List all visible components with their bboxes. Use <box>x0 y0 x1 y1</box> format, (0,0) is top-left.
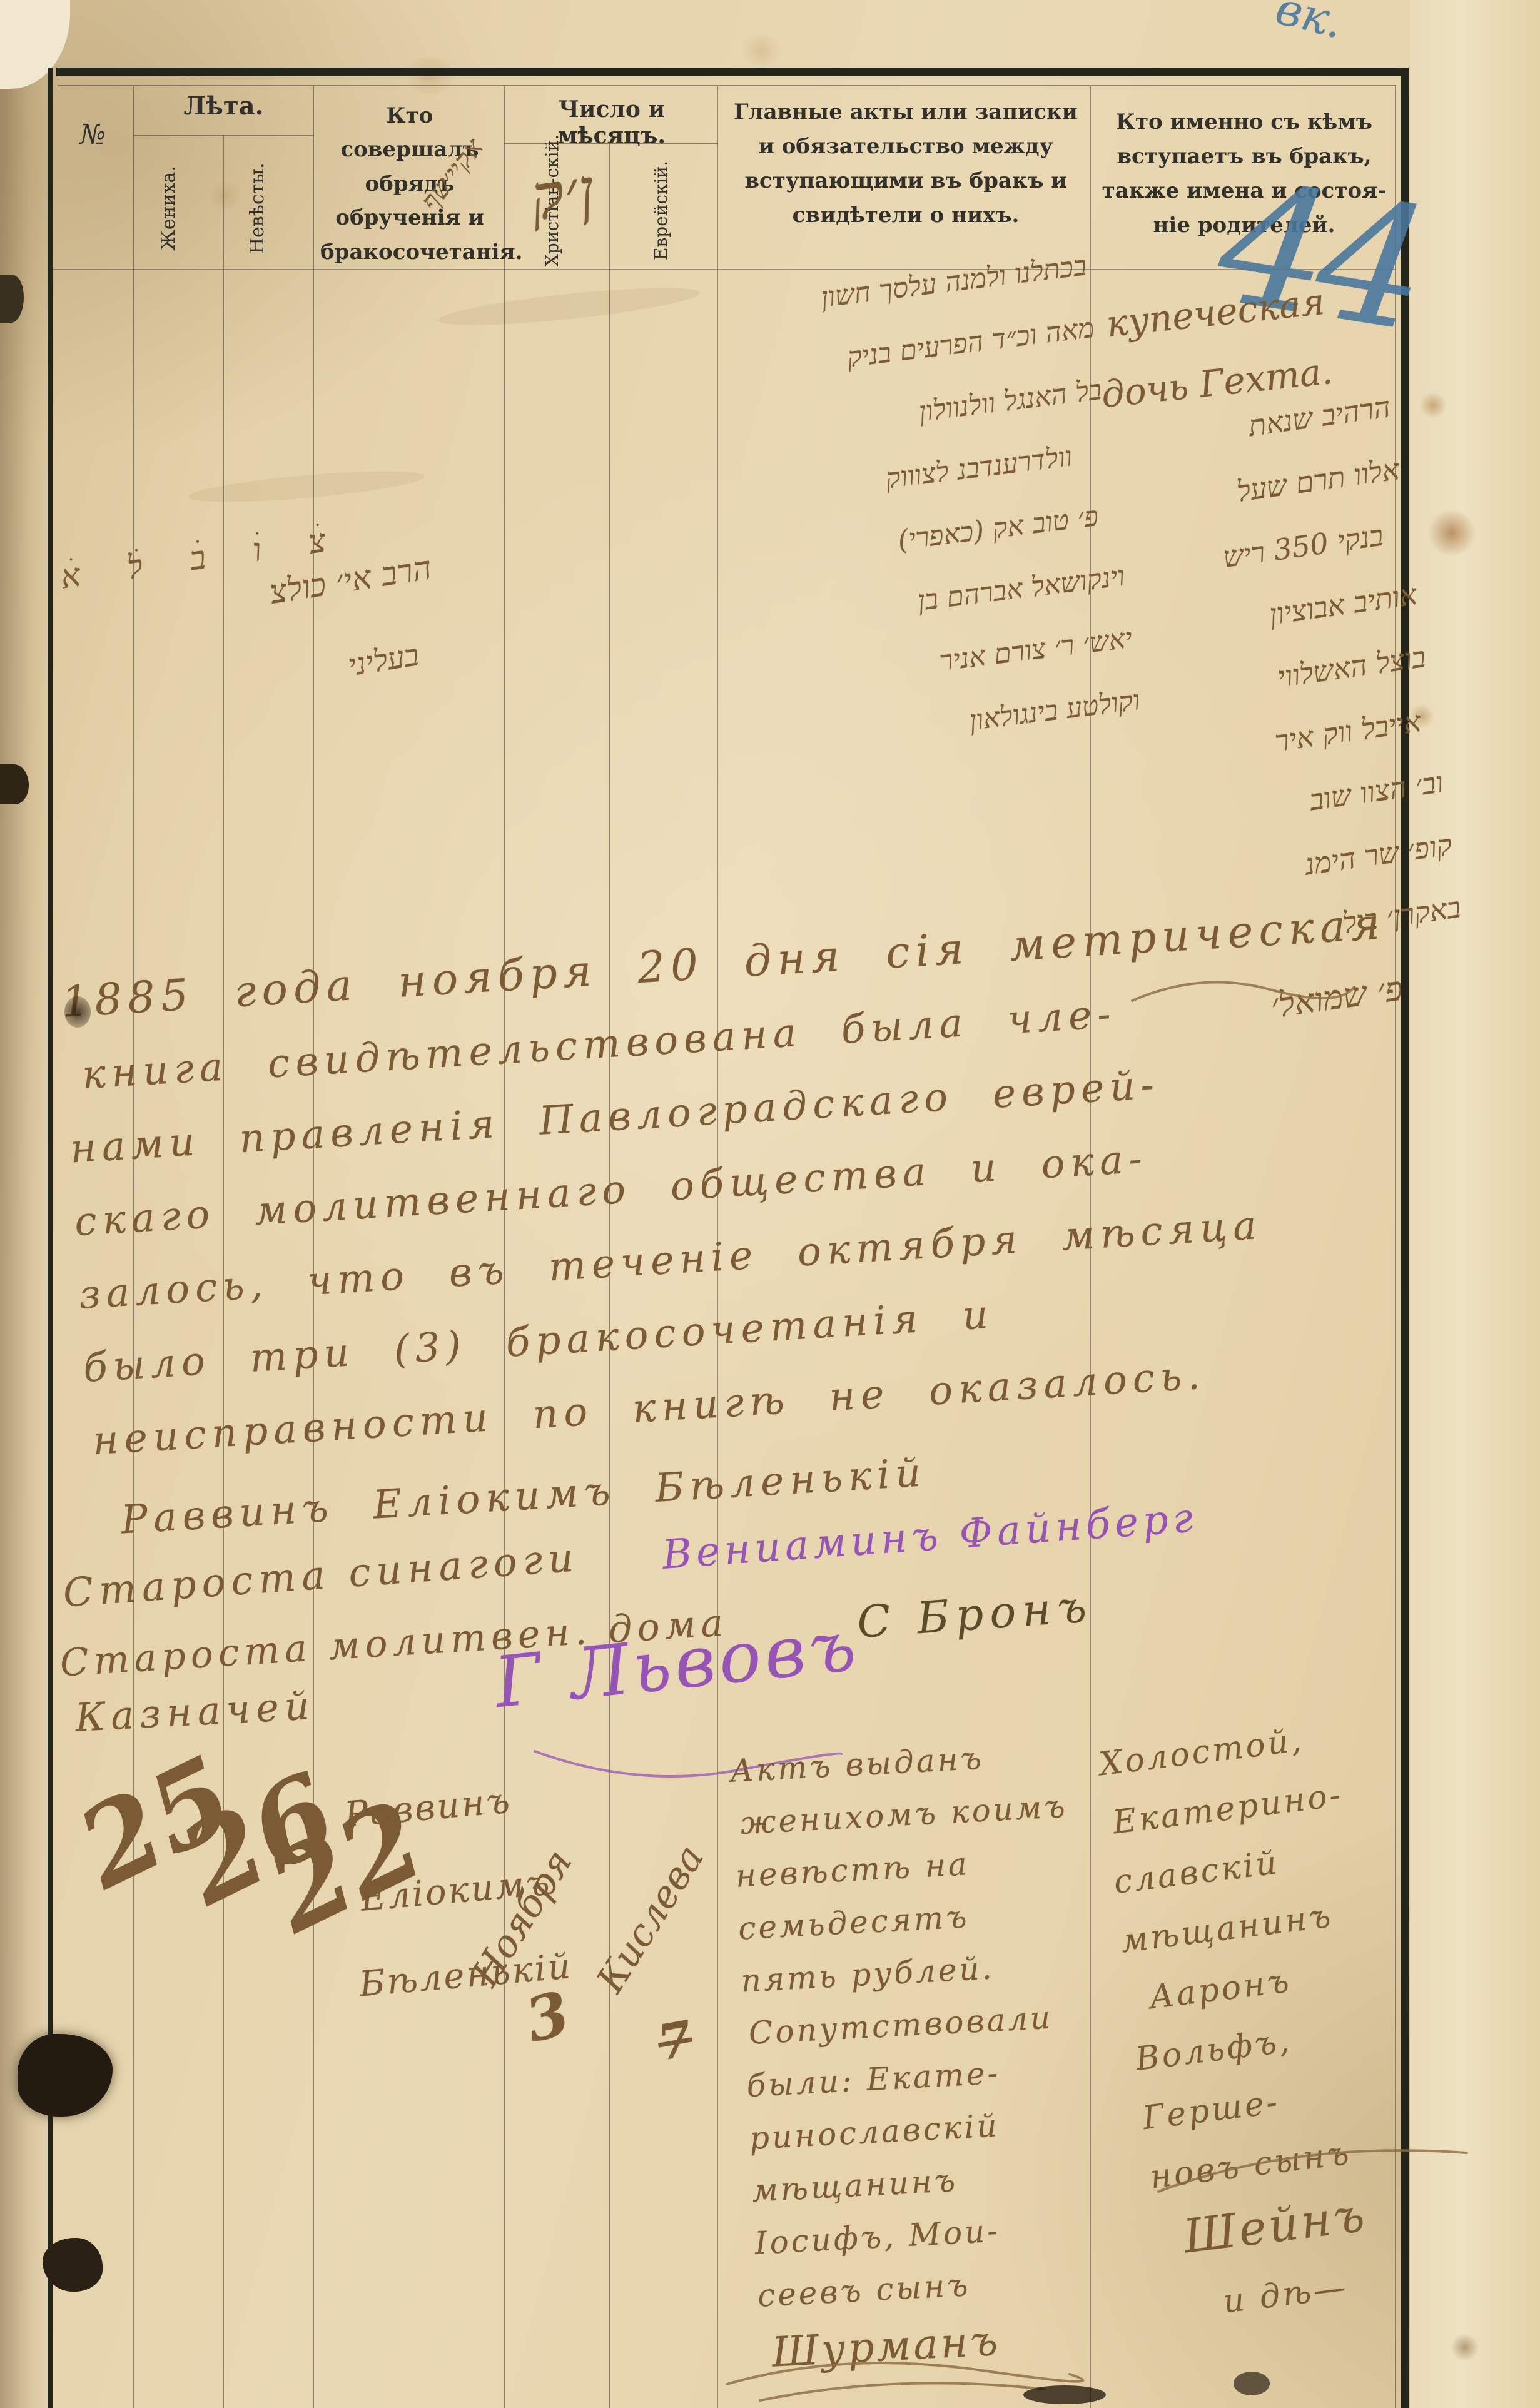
header-officiant: Кто совершалъ обрядъ обрученія и бракосо… <box>320 99 499 269</box>
bottom-record-jewish-day: 7 <box>654 2010 697 2072</box>
foxing-stain <box>206 181 244 209</box>
table-top-rule <box>58 85 1396 86</box>
parties-underline-flourish <box>1151 2132 1476 2200</box>
header-no: № <box>53 119 133 151</box>
foxing-stain <box>1419 393 1447 418</box>
header-acts: Главные акты или записки и обязательство… <box>724 95 1087 233</box>
foxing-stain <box>1427 510 1476 555</box>
blue-page-number: 44 <box>1207 143 1432 368</box>
top-record-jewish-date-glyph: ן׳ק <box>525 153 599 235</box>
paper-hole <box>18 2034 113 2117</box>
ink-bleedthrough <box>437 280 701 333</box>
top-record-officiant-hebrew-line2: בעליני <box>345 637 421 683</box>
signature-bron: С Бронъ <box>856 1581 1095 1648</box>
table-top-border <box>56 68 1409 76</box>
foxing-stain <box>738 35 784 66</box>
bottom-edge-stain <box>1450 2334 1480 2360</box>
bottom-edge-smudge <box>1234 2372 1270 2395</box>
header-date: Число и мѣсяцъ. <box>507 96 717 149</box>
header-date-jewish: Еврейскій. <box>651 154 671 266</box>
ink-blot <box>64 996 91 1028</box>
bottom-edge-smudge <box>1023 2385 1106 2404</box>
bottom-record-jewish-month: Кислева <box>589 1838 713 2000</box>
metrical-book-page: № Лѣта. Жениха. Невѣсты. Кто совершалъ о… <box>0 0 1540 2408</box>
header-bottom-rule <box>53 269 1396 270</box>
header-years-bride: Невѣсты. <box>246 149 268 268</box>
bottom-record-acts: Актъ выданъженихомъ коимъневѣстѣ насемьд… <box>729 1726 1121 2380</box>
certification-text: 1885 года ноября 20 дня сія метрическаяк… <box>59 886 1443 1558</box>
paper-tear <box>0 764 29 804</box>
top-record-acts-hebrew: בכתלנו ולמנה עלסך חשוןמאה וכ״ד הפרעים בנ… <box>729 235 1143 776</box>
blue-corner-mark: вк. <box>1270 0 1349 49</box>
header-years-groom: Жениха. <box>158 149 180 268</box>
years-subheader-rule <box>133 135 314 136</box>
header-years: Лѣта. <box>133 91 314 121</box>
